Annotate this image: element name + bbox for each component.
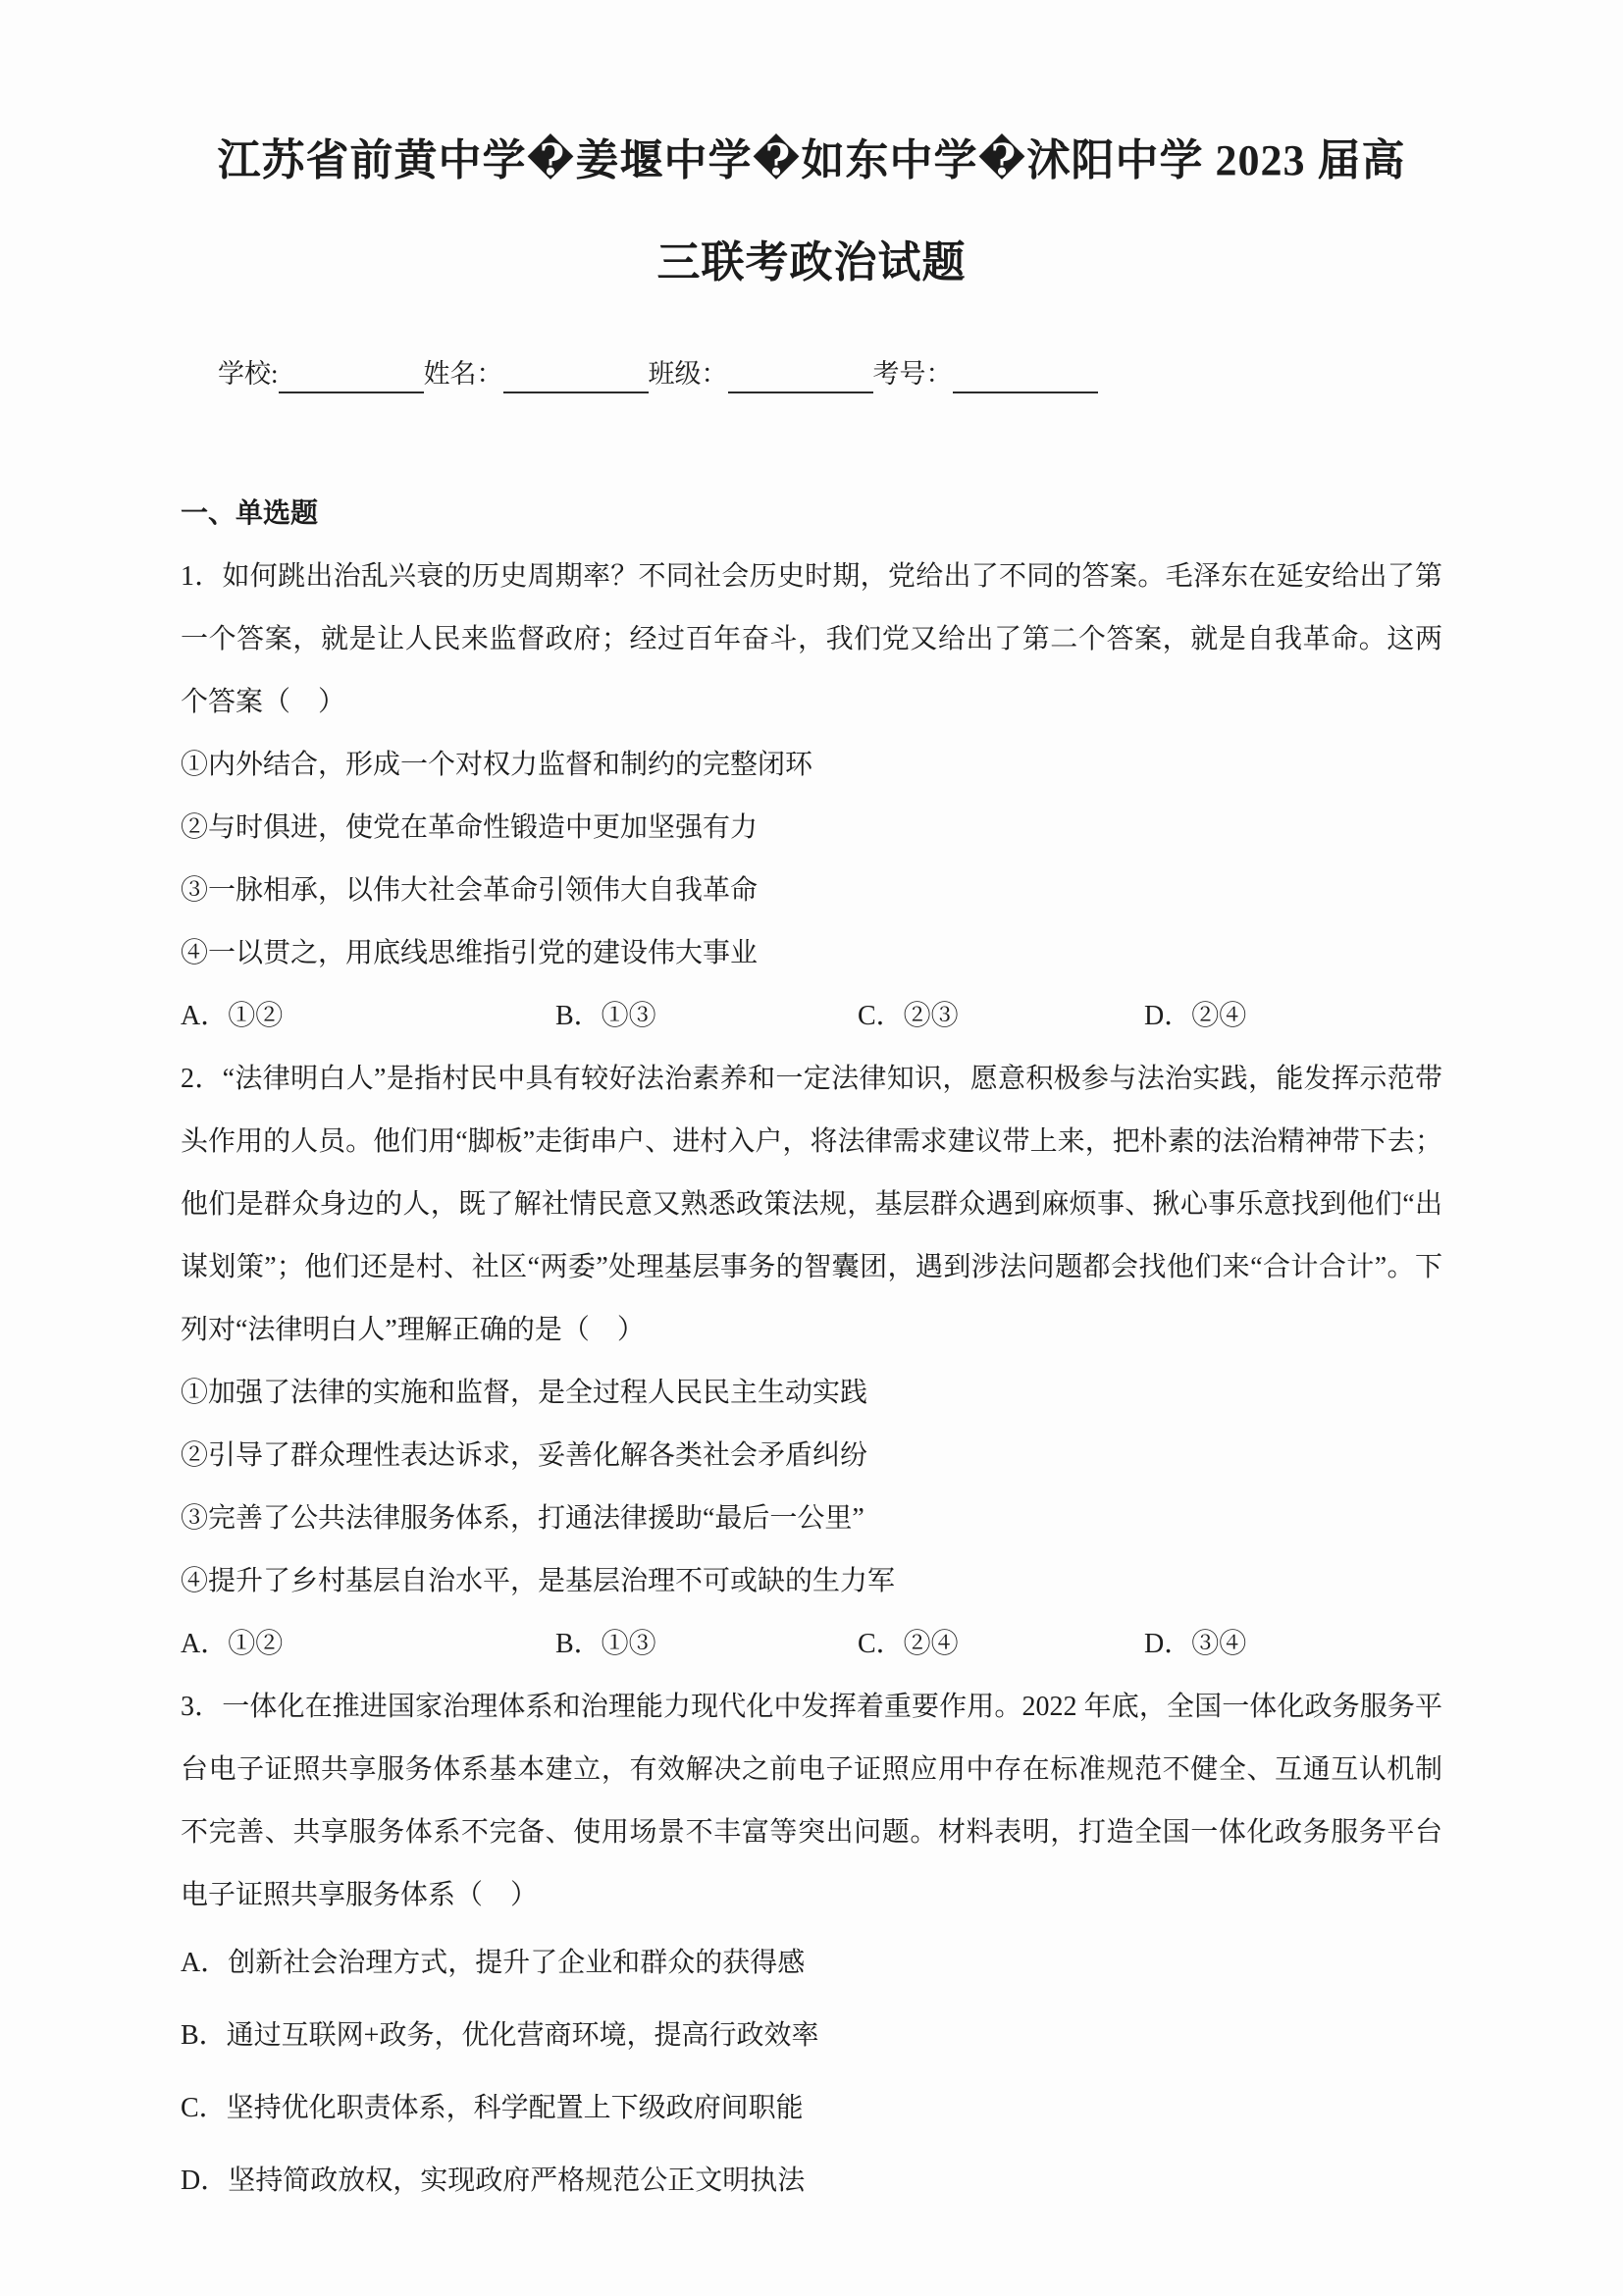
question-3-choice-d: D．坚持简政放权，实现政府严格规范公正文明执法 (181, 2145, 1442, 2218)
question-2-choice-a: A．①② (181, 1613, 555, 1676)
question-1-item-4: ④一以贯之，用底线思维指引党的建设伟大事业 (181, 922, 1442, 985)
question-1-choice-b: B．①③ (555, 985, 858, 1048)
question-1: 1．如何跳出治乱兴衰的历史周期率？不同社会历史时期，党给出了不同的答案。毛泽东在… (181, 546, 1442, 1048)
question-3-choice-c: C．坚持优化职责体系，科学配置上下级政府间职能 (181, 2072, 1442, 2145)
question-2: 2．“法律明白人”是指村民中具有较好法治素养和一定法律知识，愿意积极参与法治实践… (181, 1048, 1442, 1676)
question-1-choice-a: A．①② (181, 985, 555, 1048)
question-3-choices: A．创新社会治理方式，提升了企业和群众的获得感 B．通过互联网+政务，优化营商环… (181, 1927, 1442, 2218)
question-1-stem: 1．如何跳出治乱兴衰的历史周期率？不同社会历史时期，党给出了不同的答案。毛泽东在… (181, 546, 1442, 734)
question-1-choices: A．①② B．①③ C．②③ D．②④ (181, 985, 1442, 1048)
exam-no-label: 考号： (873, 351, 953, 396)
exam-no-blank-field (953, 362, 1098, 393)
question-1-item-1: ①内外结合，形成一个对权力监督和制约的完整闭环 (181, 734, 1442, 797)
question-1-item-3: ③一脉相承，以伟大社会革命引领伟大自我革命 (181, 860, 1442, 922)
title-line-1: 江苏省前黄中学�姜堰中学�如东中学�沭阳中学 2023 届高 (181, 110, 1442, 212)
question-3-stem: 3．一体化在推进国家治理体系和治理能力现代化中发挥着重要作用。2022 年底，全… (181, 1676, 1442, 1927)
school-blank-field (279, 362, 424, 393)
section-heading: 一、单选题 (181, 483, 1442, 546)
name-label: 姓名： (424, 351, 503, 396)
exam-paper-page: 江苏省前黄中学�姜堰中学�如东中学�沭阳中学 2023 届高 三联考政治试题 学… (0, 0, 1623, 2296)
question-2-choice-b: B．①③ (555, 1613, 858, 1676)
document-title: 江苏省前黄中学�姜堰中学�如东中学�沭阳中学 2023 届高 三联考政治试题 (181, 110, 1442, 314)
student-info-line: 学校:姓名：班级：考号： (181, 351, 1442, 396)
question-3-choice-a: A．创新社会治理方式，提升了企业和群众的获得感 (181, 1927, 1442, 2000)
question-2-item-1: ①加强了法律的实施和监督，是全过程人民民主生动实践 (181, 1362, 1442, 1425)
class-label: 班级： (649, 351, 728, 396)
school-label: 学校: (218, 351, 279, 396)
page-content: 江苏省前黄中学�姜堰中学�如东中学�沭阳中学 2023 届高 三联考政治试题 学… (0, 110, 1623, 2218)
question-2-choices: A．①② B．①③ C．②④ D．③④ (181, 1613, 1442, 1676)
question-2-choice-d: D．③④ (1144, 1613, 1442, 1676)
question-1-choice-d: D．②④ (1144, 985, 1442, 1048)
question-1-choice-c: C．②③ (858, 985, 1144, 1048)
name-blank-field (503, 362, 649, 393)
question-1-item-2: ②与时俱进，使党在革命性锻造中更加坚强有力 (181, 797, 1442, 860)
question-2-item-2: ②引导了群众理性表达诉求，妥善化解各类社会矛盾纠纷 (181, 1425, 1442, 1487)
question-2-stem: 2．“法律明白人”是指村民中具有较好法治素养和一定法律知识，愿意积极参与法治实践… (181, 1048, 1442, 1362)
question-3: 3．一体化在推进国家治理体系和治理能力现代化中发挥着重要作用。2022 年底，全… (181, 1676, 1442, 2218)
question-3-choice-b: B．通过互联网+政务，优化营商环境，提高行政效率 (181, 2000, 1442, 2072)
class-blank-field (728, 362, 873, 393)
question-2-item-4: ④提升了乡村基层自治水平，是基层治理不可或缺的生力军 (181, 1550, 1442, 1613)
title-line-2: 三联考政治试题 (181, 212, 1442, 314)
question-2-choice-c: C．②④ (858, 1613, 1144, 1676)
question-2-item-3: ③完善了公共法律服务体系，打通法律援助“最后一公里” (181, 1487, 1442, 1550)
